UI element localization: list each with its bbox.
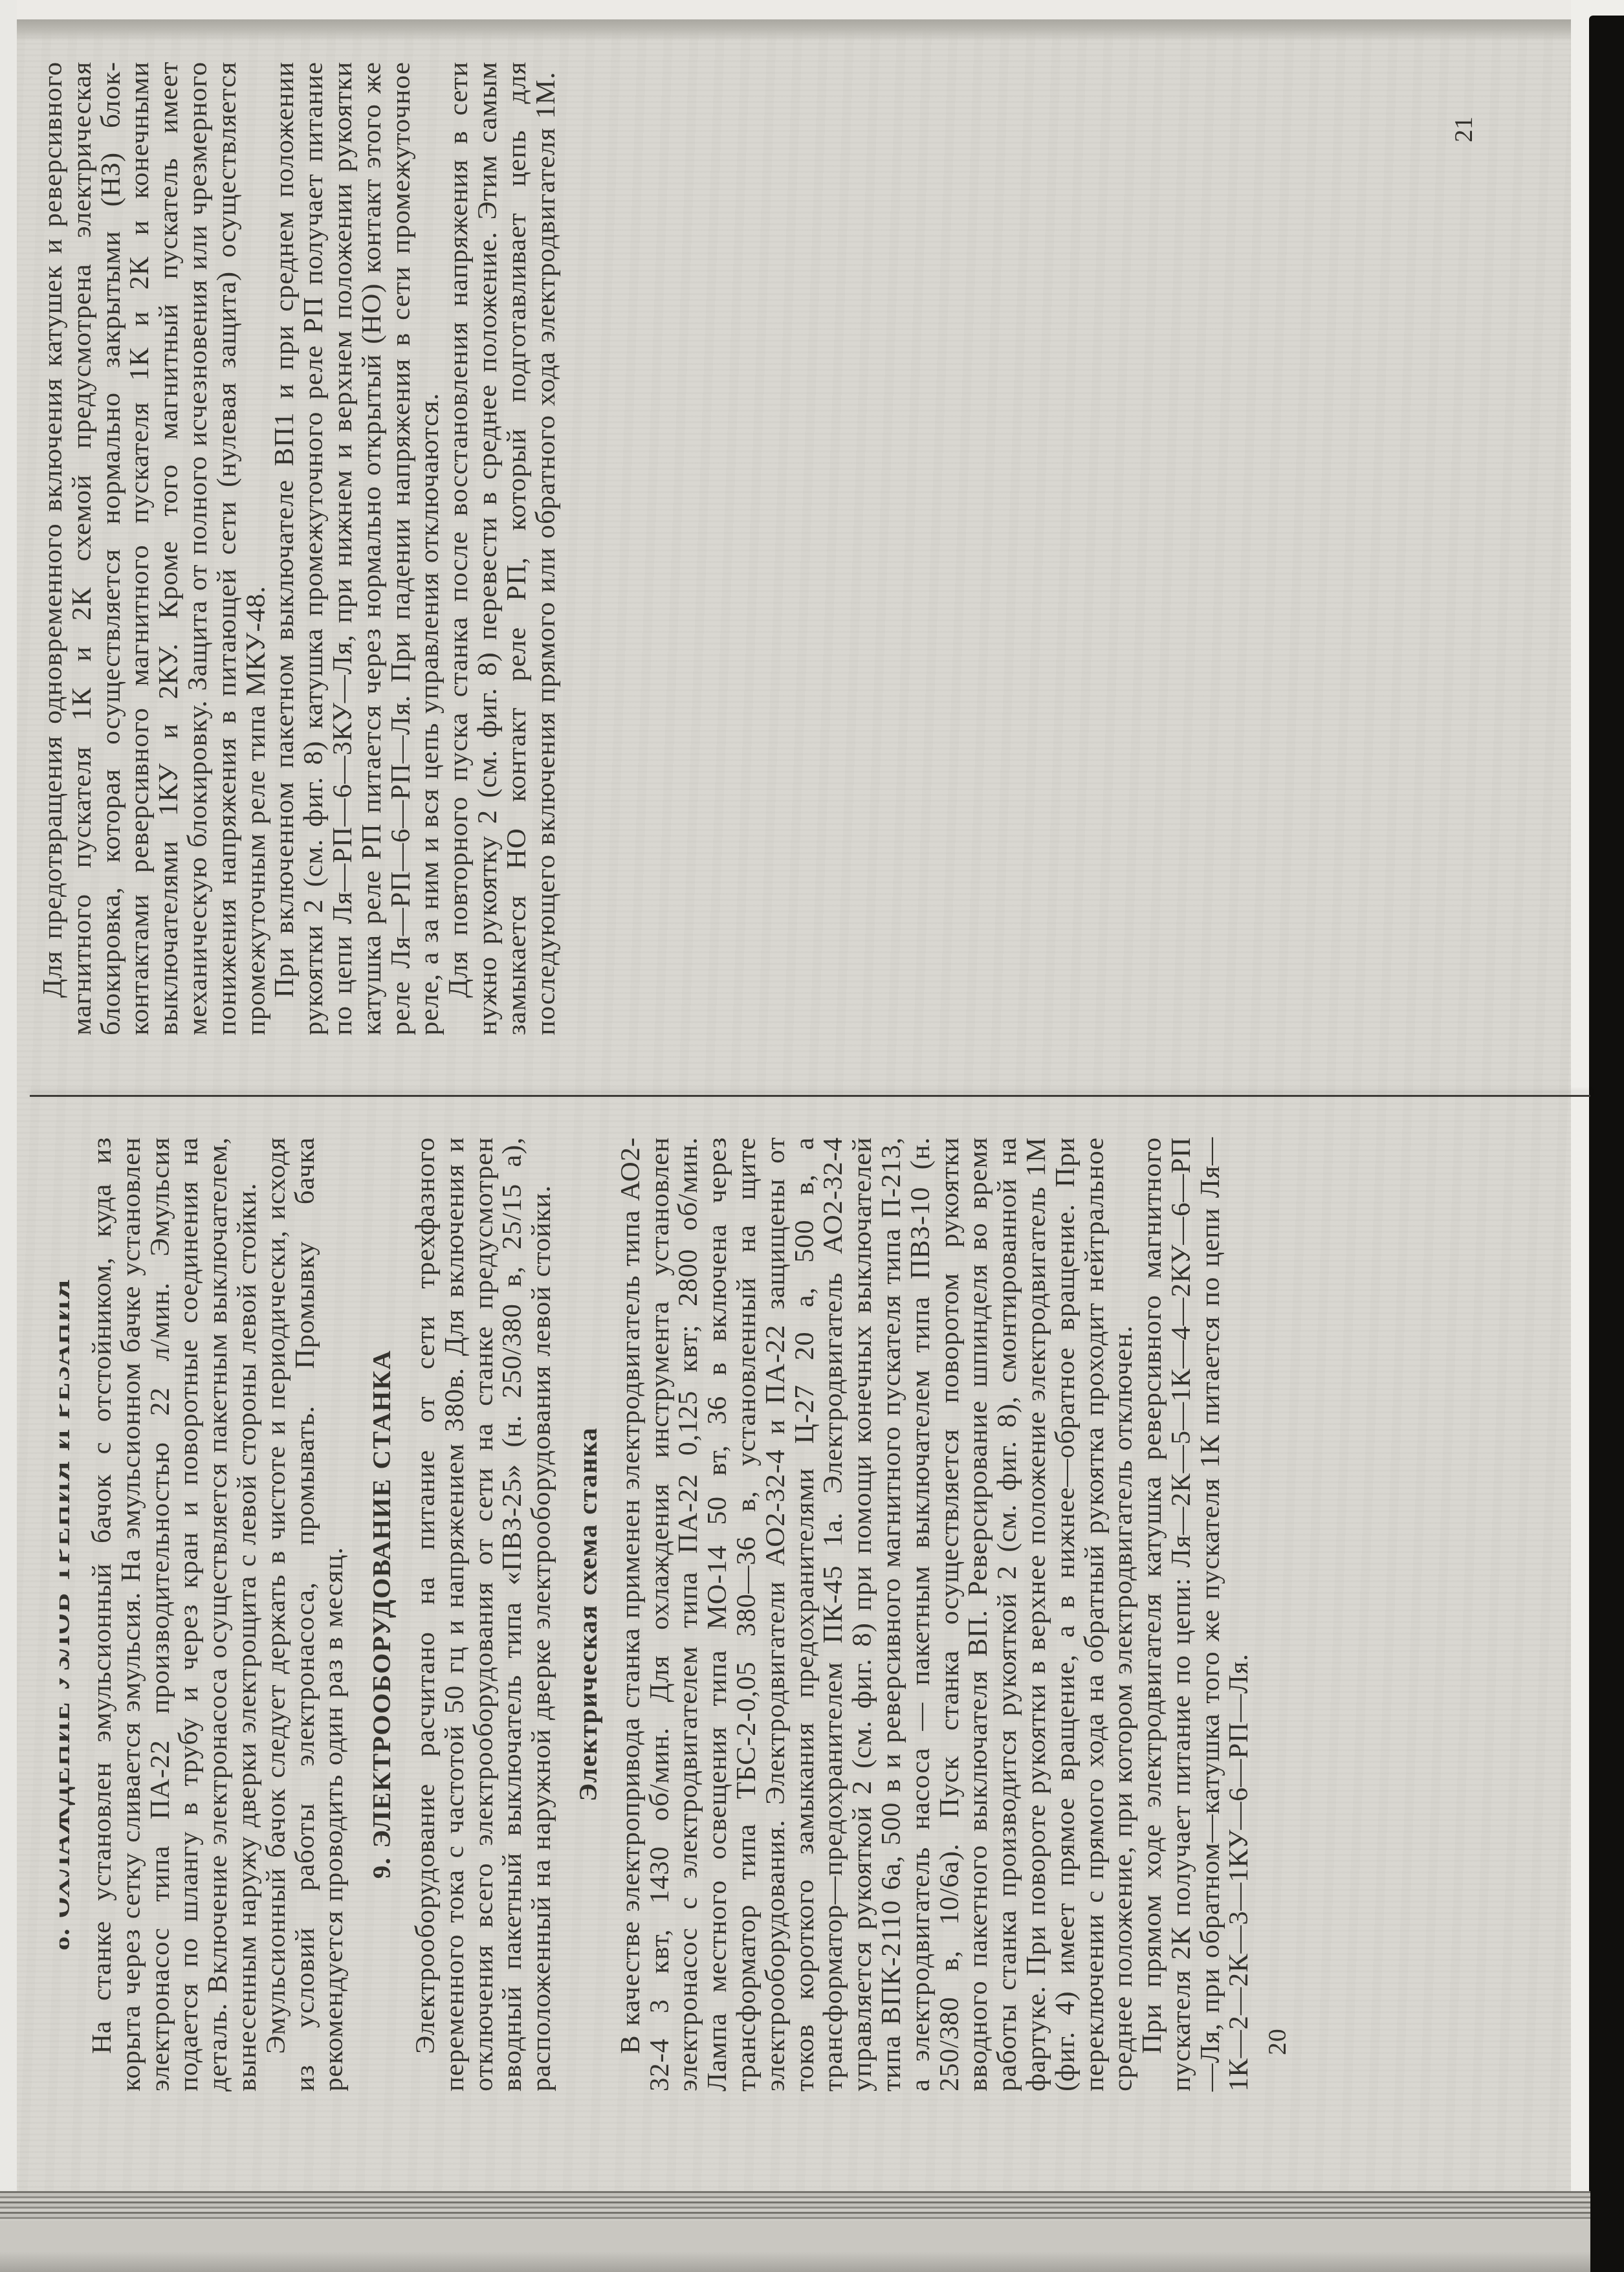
page-number-20: 20 (1263, 1137, 1292, 2091)
page-20-paragraph-c: Электрооборудование расчитано на питание… (411, 1137, 556, 2091)
page-number-21: 21 (1448, 84, 1478, 142)
page-20-subsection-heading: Электрическая схема станка (573, 1137, 602, 2091)
scan-bottom-margin (0, 2221, 1590, 2272)
page-20-section-heading: 9. ЭЛЕКТРООБОРУДОВАНИЕ СТАНКА (367, 1137, 396, 2091)
scan-left-margin (0, 0, 17, 2272)
page-21-text-block: Для предотвращения одновременного включе… (39, 61, 653, 1035)
page-21-paragraph-3: Для повторного пуска станка после восста… (444, 61, 560, 1035)
page-20-paragraph-a: На станке установлен эмульсионный бачок … (88, 1137, 262, 2091)
page-20-clipped-heading: 8. ОХЛАЖДЕНИЕ УЗЛОВ ТРЕНИЯ И РЕЗАНИЯ (60, 1137, 75, 2091)
page-sheet-edge-line (30, 1095, 1590, 1097)
page-20-text-block: 8. ОХЛАЖДЕНИЕ УЗЛОВ ТРЕНИЯ И РЕЗАНИЯ На … (60, 1137, 1476, 2091)
page-21-paragraph-2: При включенном пакетном выключателе ВП1 … (270, 61, 444, 1035)
book-fore-edge-stripes (0, 2191, 1590, 2221)
page-21-paragraph-1: Для предотвращения одновременного включе… (39, 61, 270, 1035)
scan-right-edge-black-band (1589, 16, 1624, 2272)
scan-top-edge-shadow (17, 19, 1590, 41)
page-20-paragraph-e: При прямом ходе электродвигателя катушка… (1138, 1137, 1254, 2091)
page-20-paragraph-d: В качестве электропривода станка примене… (617, 1137, 1138, 2091)
page-20-paragraph-b: Эмульсионный бачок следует держать в чис… (262, 1137, 349, 2091)
page-20-clipped-heading-wrap: 8. ОХЛАЖДЕНИЕ УЗЛОВ ТРЕНИЯ И РЕЗАНИЯ (60, 1137, 75, 2091)
